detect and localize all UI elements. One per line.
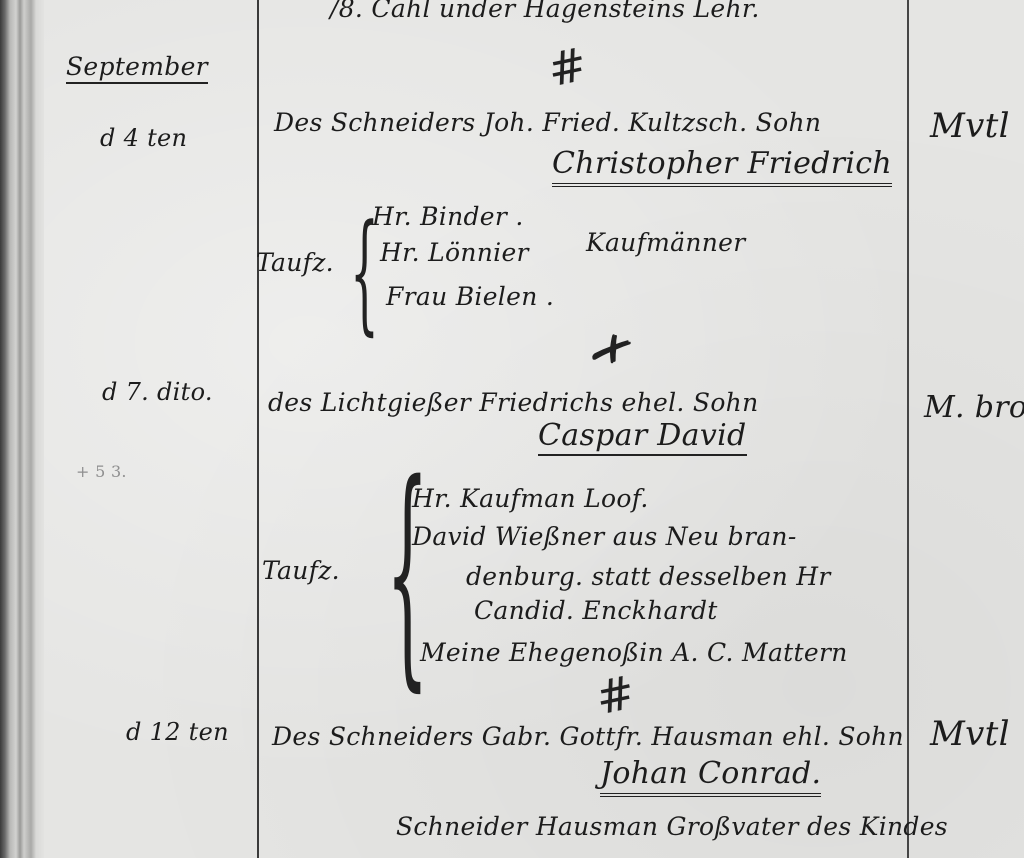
margin-note: + 5 3.: [76, 462, 127, 481]
register-page: /8. Cahl under Hagensteins Lehr. Septemb…: [0, 0, 1024, 858]
entry-3-child-name: Johan Conrad.: [600, 756, 821, 797]
month-heading: September: [66, 52, 208, 84]
entry-1-sponsors-note: Kaufmänner: [586, 228, 746, 257]
continuation-line: /8. Cahl under Hagensteins Lehr.: [330, 0, 760, 23]
entry-1-child-name: Christopher Friedrich: [552, 146, 892, 187]
entry-1-record: Des Schneiders Joh. Fried. Kultzsch. Soh…: [274, 108, 821, 137]
cross-mark-icon: #: [591, 665, 640, 726]
cross-mark-icon: ✗: [581, 318, 641, 384]
brace-icon: {: [386, 432, 429, 712]
entry-2-sponsor: Candid. Enckhardt: [474, 596, 718, 625]
entry-1-right-column: Mvtl: [930, 106, 1010, 146]
entry-3-record: Des Schneiders Gabr. Gottfr. Hausman ehl…: [272, 722, 904, 751]
column-rule-left: [257, 0, 259, 858]
entry-2-sponsors-label: Taufz.: [262, 556, 340, 585]
entry-3-sponsor: Schneider Hausman Großvater des Kindes: [396, 812, 948, 841]
entry-1-sponsors-label: Taufz.: [256, 248, 334, 277]
book-binding-gutter: [0, 0, 44, 858]
entry-2-sponsor: David Wießner aus Neu bran-: [412, 522, 797, 551]
entry-1-sponsor: Hr. Binder .: [372, 202, 524, 231]
entry-2-sponsor: Meine Ehegenoßin A. C. Mattern: [420, 638, 848, 667]
entry-1-sponsor: Hr. Lönnier: [380, 238, 529, 267]
entry-2-sponsor: Hr. Kaufman Loof.: [412, 484, 649, 513]
entry-2-sponsor: denburg. statt desselben Hr: [466, 562, 831, 591]
entry-1-date: d 4 ten: [100, 124, 187, 152]
cross-mark-icon: #: [543, 37, 592, 98]
entry-2-date: d 7. dito.: [102, 378, 213, 406]
entry-2-record: des Lichtgießer Friedrichs ehel. Sohn: [268, 388, 758, 417]
entry-3-date: d 12 ten: [126, 718, 229, 746]
entry-2-child-name: Caspar David: [538, 418, 747, 456]
entry-2-right-column: M. bro: [924, 390, 1024, 425]
column-rule-right: [907, 0, 909, 858]
entry-3-right-column: Mvtl: [930, 714, 1010, 754]
entry-1-sponsor: Frau Bielen .: [386, 282, 554, 311]
